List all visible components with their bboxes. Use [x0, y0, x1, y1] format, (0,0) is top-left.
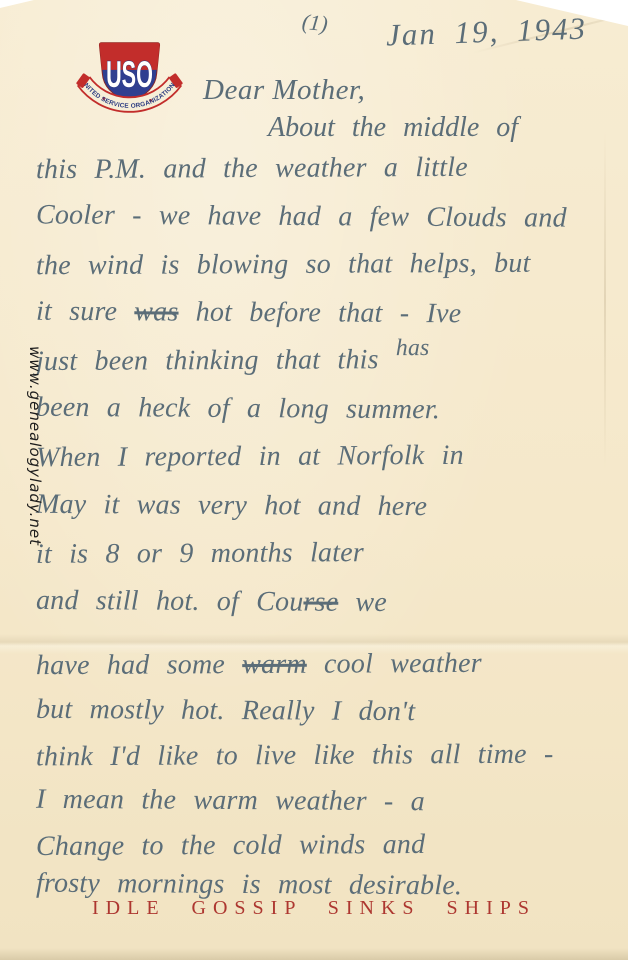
letter-line: but mostly hot. Really I don't	[36, 693, 415, 729]
letter-text-segment: hot before that - Ive	[178, 297, 461, 330]
stationery-slogan: IDLE GOSSIP SINKS SHIPS	[0, 897, 628, 920]
page-number: (1)	[301, 9, 329, 38]
salutation: Dear Mother,	[203, 74, 365, 107]
inserted-word: has	[396, 335, 430, 361]
letter-text-segment: the wind is blowing so that helps, but	[36, 248, 531, 282]
scan-corner-gap	[0, 0, 34, 8]
letter-text-segment: May it was very hot and here	[36, 489, 427, 522]
uso-acronym-text: USO	[106, 53, 153, 95]
uso-logo: USO UNITED SERVICE ORGANIZATIONS	[73, 38, 186, 128]
letter-line: this P.M. and the weather a little	[36, 151, 468, 187]
letter-text-segment: it is 8 or 9 months later	[36, 537, 364, 570]
letter-line: I mean the warm weather - a	[36, 783, 425, 819]
letter-line: Change to the cold winds and	[36, 828, 425, 864]
letter-line: the wind is blowing so that helps, but	[36, 247, 531, 283]
letter-text-segment: When I reported in at Norfolk in	[36, 440, 464, 473]
paper-crease	[604, 130, 606, 470]
letter-line: it is 8 or 9 months later	[36, 536, 364, 571]
letter-text-segment: Cooler - we have had a few Clouds and	[36, 199, 567, 233]
letter-line: it sure was hot before that - Ive	[36, 295, 461, 331]
letter-text-segment: it sure	[36, 296, 135, 328]
letter-text-segment: think I'd like to live like this all tim…	[36, 739, 554, 773]
letter-line: About the middle of	[268, 112, 518, 144]
letter-line: May it was very hot and here	[36, 488, 427, 524]
letter-line: and still hot. of Course we	[36, 584, 387, 620]
watermark: www.genealogylady.net	[26, 346, 44, 546]
scan-bottom-shadow	[0, 948, 628, 960]
letter-page: USO UNITED SERVICE ORGANIZATIONS (1) Jan…	[0, 0, 628, 960]
letter-line: just been thinking that this has	[36, 343, 430, 379]
paper-fold-crease	[0, 634, 628, 654]
letter-text-segment: been a heck of a long summer.	[36, 392, 440, 425]
letter-text-segment: but mostly hot. Really I don't	[36, 694, 415, 727]
letter-text-segment: Change to the cold winds and	[36, 829, 425, 862]
letter-text-segment: just been thinking that this	[36, 344, 396, 377]
letter-text-segment: we	[338, 587, 387, 618]
struck-word: rse	[303, 587, 338, 618]
letter-text-segment: this P.M. and the weather a little	[36, 152, 468, 185]
letter-text-segment: and still hot. of Cou	[36, 585, 304, 618]
letter-line: been a heck of a long summer.	[36, 391, 440, 427]
letter-line: Cooler - we have had a few Clouds and	[36, 198, 567, 235]
letter-line: When I reported in at Norfolk in	[36, 439, 464, 475]
letter-text-segment: I mean the warm weather - a	[36, 784, 425, 817]
letter-line: think I'd like to live like this all tim…	[36, 738, 554, 774]
struck-word: was	[134, 296, 178, 327]
